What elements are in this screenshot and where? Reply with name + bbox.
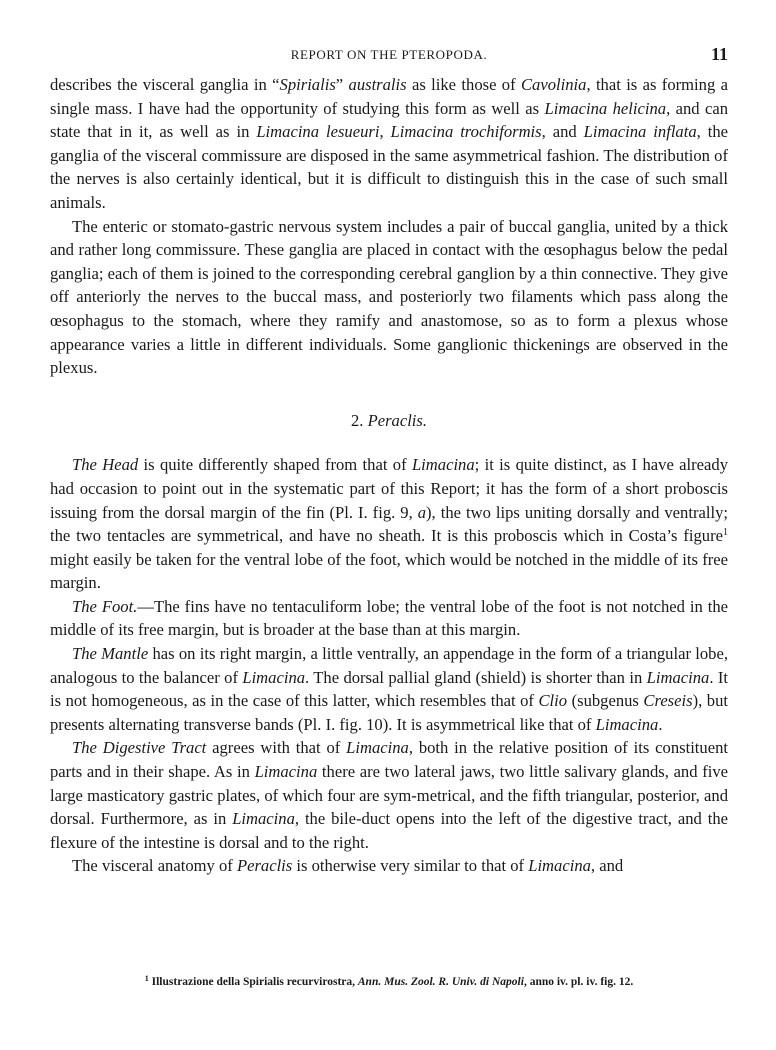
running-header: REPORT ON THE PTEROPODA. 11 [50, 44, 728, 66]
paragraph-p4: The Foot.—The fins have no tentaculiform… [50, 595, 728, 642]
italic-text: Limacina [647, 668, 710, 687]
italic-text: Spirialis [280, 75, 336, 94]
footnote-reference: 1 [723, 527, 728, 538]
paragraph-p7: The visceral anatomy of Peraclis is othe… [50, 854, 728, 878]
italic-text: Clio [538, 691, 567, 710]
italic-text: Limacina [242, 668, 305, 687]
text-run: (subgenus [567, 691, 643, 710]
paragraph-p3: The Head is quite differently shaped fro… [50, 453, 728, 595]
paragraph-p5: The Mantle has on its right margin, a li… [50, 642, 728, 736]
text-run: as like those of [407, 75, 521, 94]
text-run: . [658, 715, 662, 734]
italic-text: Limacina [596, 715, 659, 734]
section-paragraphs: The Head is quite differently shaped fro… [50, 453, 728, 878]
body-text: describes the visceral ganglia in “Spiri… [50, 73, 728, 878]
text-run: Illustrazione della Spirialis recurviros… [149, 976, 358, 988]
section-number: 2. [351, 411, 363, 430]
italic-text: Peraclis [237, 856, 292, 875]
section-title: Peraclis. [368, 411, 427, 430]
text-run: The visceral anatomy of [72, 856, 237, 875]
italic-text: Limacina [528, 856, 591, 875]
italic-text: Ann. Mus. Zool. R. Univ. di Napoli [358, 976, 524, 988]
text-run: is otherwise very similar to that of [292, 856, 528, 875]
text-run: , and [542, 122, 584, 141]
italic-text: Limacina helicina [545, 99, 667, 118]
text-run: , anno iv. pl. iv. fig. 12. [524, 976, 633, 988]
italic-text: Limacina [255, 762, 318, 781]
paragraph-p6: The Digestive Tract agrees with that of … [50, 736, 728, 854]
running-title: REPORT ON THE PTEROPODA. [50, 47, 728, 63]
text-run: might easily be taken for the ventral lo… [50, 550, 728, 593]
section-heading: 2. Peraclis. [50, 409, 728, 433]
text-run: ” [336, 75, 349, 94]
italic-text: Limacina inflata [584, 122, 697, 141]
italic-text: Limacina [232, 809, 295, 828]
italic-text: Limacina lesueuri [256, 122, 379, 141]
text-run: —The fins have no tentaculiform lobe; th… [50, 597, 728, 640]
italic-text: Cavolinia [521, 75, 586, 94]
italic-text: Creseis [643, 691, 692, 710]
italic-text: The Digestive Tract [72, 738, 206, 757]
italic-text: Limacina [346, 738, 409, 757]
italic-text: australis [349, 75, 407, 94]
paragraph-p2: The enteric or stomato-gastric nervous s… [50, 215, 728, 380]
italic-text: The Mantle [72, 644, 148, 663]
text-run: The enteric or stomato-gastric nervous s… [50, 217, 728, 378]
page-number: 11 [711, 44, 728, 65]
text-run: , and [591, 856, 623, 875]
italic-text: The Head [72, 455, 138, 474]
italic-text: Limacina [412, 455, 475, 474]
paragraph-p1: describes the visceral ganglia in “Spiri… [50, 73, 728, 215]
text-run: , [379, 122, 390, 141]
italic-text: Limacina trochiformis [391, 122, 542, 141]
text-run: describes the visceral ganglia in “ [50, 75, 280, 94]
italic-text: a [418, 503, 426, 522]
text-run: . The dorsal pallial gland (shield) is s… [305, 668, 647, 687]
italic-text: The Foot. [72, 597, 137, 616]
intro-paragraphs: describes the visceral ganglia in “Spiri… [50, 73, 728, 380]
footnote-text: Illustrazione della Spirialis recurviros… [149, 976, 633, 988]
text-run: is quite differently shaped from that of [138, 455, 412, 474]
footnote: 1 Illustrazione della Spirialis recurvir… [50, 976, 728, 988]
text-run: agrees with that of [206, 738, 346, 757]
